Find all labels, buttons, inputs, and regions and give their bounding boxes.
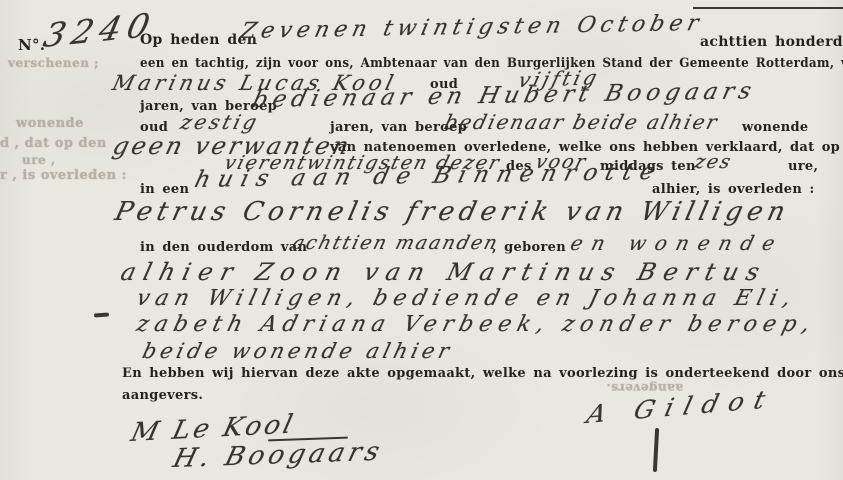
bleedthrough-text-3: d , dat op den [0,136,107,151]
handwritten-death-hour: zes [692,151,735,173]
printed-achttien-honderd: achttien honderd [700,34,843,50]
printed-aangevers: aangevers. [122,388,203,403]
handwritten-beroep-both: bedienaar beide alhier [442,110,721,134]
bleedthrough-text-4: ure , [22,153,56,167]
handwritten-declarant2-age: zestig [178,110,262,134]
handwritten-date: Zevenen twintigsten October [238,11,706,44]
bleedthrough-text-1: verschenen ; [8,56,99,70]
handwritten-en-wonende: en wonende [568,231,786,255]
signature-registrar-descender [653,428,659,472]
handwritten-parents-line-2: van Willigen, bediende en Johanna Eli, [134,286,799,311]
death-certificate-page: verschenen ; wonende d , dat op den ure … [0,0,843,480]
printed-alhier-is-overleden: alhier, is overleden : [652,182,815,197]
handwritten-parents-line-1: alhier Zoon van Martinus Bertus [118,258,770,286]
bleedthrough-text-5: r , is overleden : [0,168,127,183]
handwritten-parents-line-4: beide wonende alhier [140,339,456,363]
handwritten-parents-line-3: zabeth Adriana Verbeek, zonder beroep, [134,312,818,337]
margin-dash-mark [94,312,109,317]
printed-wonende: wonende [742,120,809,135]
printed-in-den-ouderdom-van: in den ouderdom van [140,240,307,255]
printed-geboren: , geboren [492,240,566,255]
top-right-rule [693,7,843,9]
printed-in-een: in een [140,182,189,197]
handwritten-deceased-age: achttien maanden [290,232,502,254]
printed-closing-line: En hebben wij hiervan deze akte opgemaak… [122,366,843,381]
signature-declarant2: H. Boogaars [170,437,387,474]
printed-ure: ure, [788,159,818,174]
bleedthrough-text-2: wonende [16,116,84,131]
printed-ambtenaar-line: een en tachtig, zijn voor ons, Ambtenaar… [140,56,843,71]
handwritten-deceased-name: Petrus Cornelis frederik van Willigen [112,197,793,227]
